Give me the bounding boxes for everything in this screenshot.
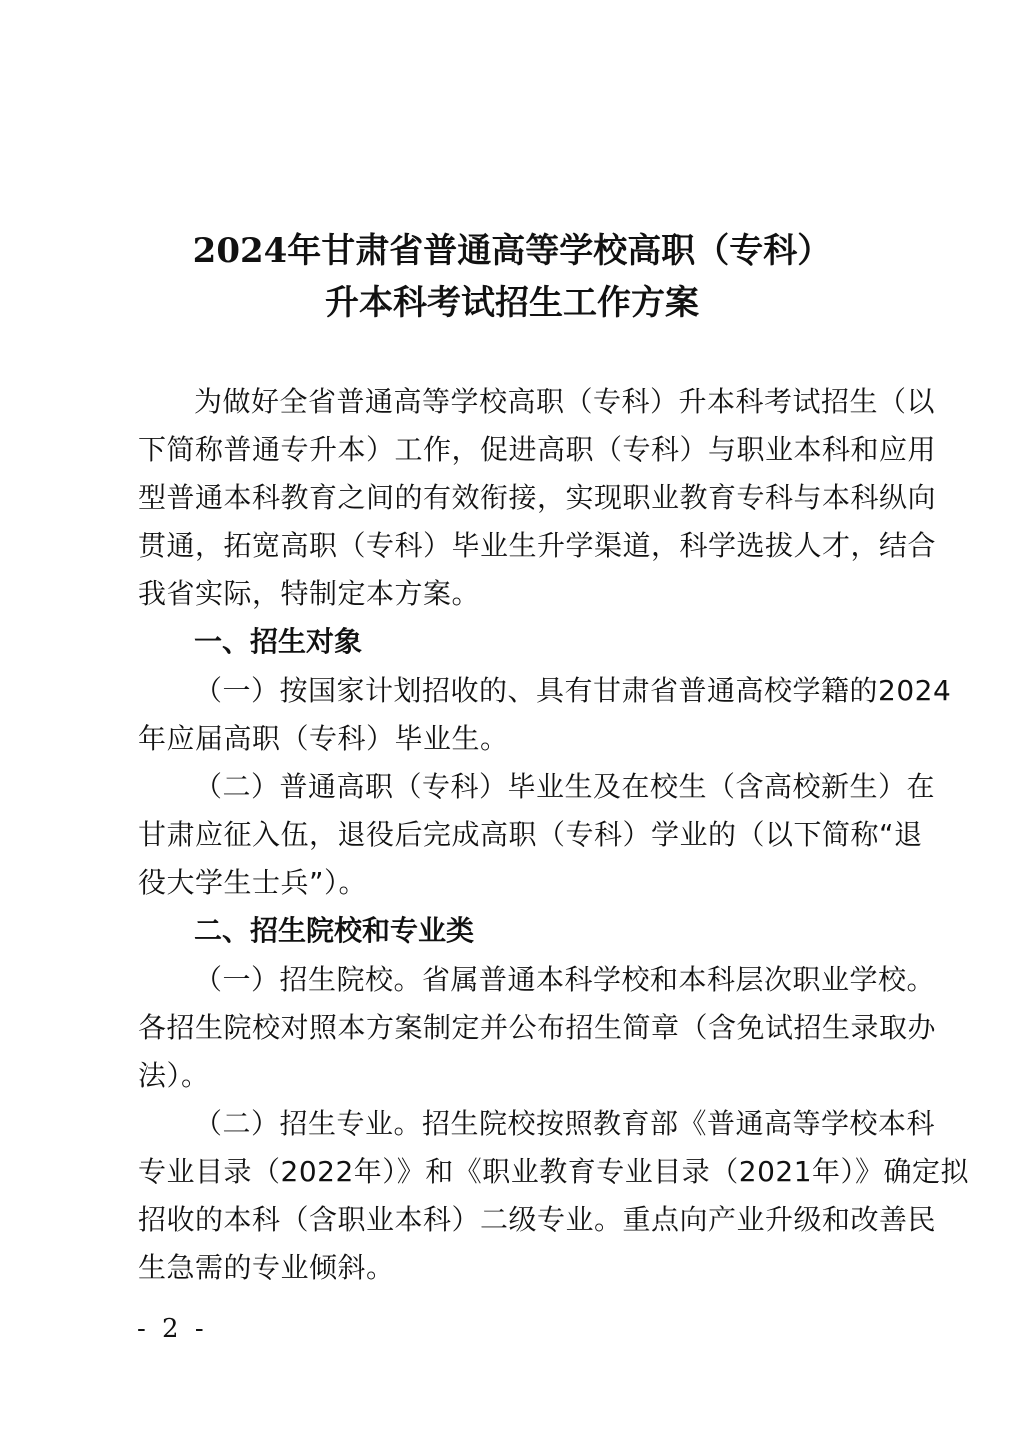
item-line: 各招生院校对照本方案制定并公布招生简章（含免试招生录取办 [138,1010,898,1046]
document-page: 2024年甘肃省普通高等学校高职（专科） 升本科考试招生工作方案 为做好全省普通… [0,0,1024,1448]
item-line: 招收的本科（含职业本科）二级专业。重点向产业升级和改善民 [138,1202,898,1238]
item-line: （一）按国家计划招收的、具有甘肃省普通高校学籍的2024 [194,673,898,709]
document-title-line-1: 2024年甘肃省普通高等学校高职（专科） [0,231,1024,271]
intro-line: 贯通，拓宽高职（专科）毕业生升学渠道，科学选拔人才，结合 [138,528,898,564]
section-heading: 一、招生对象 [194,624,362,660]
item-line: （二）普通高职（专科）毕业生及在校生（含高校新生）在 [194,769,898,805]
item-line: 役大学生士兵”）。 [138,865,898,901]
intro-line: 型普通本科教育之间的有效衔接，实现职业教育专科与本科纵向 [138,480,898,516]
item-line: 专业目录（2022年）》和《职业教育专业目录（2021年）》确定拟 [138,1154,898,1190]
intro-line: 下简称普通专升本）工作，促进高职（专科）与职业本科和应用 [138,432,898,468]
page-number: - 2 - [137,1314,208,1344]
item-line: 生急需的专业倾斜。 [138,1250,898,1286]
intro-line: 为做好全省普通高等学校高职（专科）升本科考试招生（以 [194,384,898,420]
item-line: 甘肃应征入伍，退役后完成高职（专科）学业的（以下简称“退 [138,817,898,853]
item-line: 年应届高职（专科）毕业生。 [138,721,898,757]
document-title-line-2: 升本科考试招生工作方案 [0,283,1024,323]
intro-line: 我省实际，特制定本方案。 [138,576,898,612]
item-line: （一）招生院校。省属普通本科学校和本科层次职业学校。 [194,962,898,998]
item-line: （二）招生专业。招生院校按照教育部《普通高等学校本科 [194,1106,898,1142]
item-line: 法）。 [138,1058,898,1094]
section-heading: 二、招生院校和专业类 [194,913,474,949]
